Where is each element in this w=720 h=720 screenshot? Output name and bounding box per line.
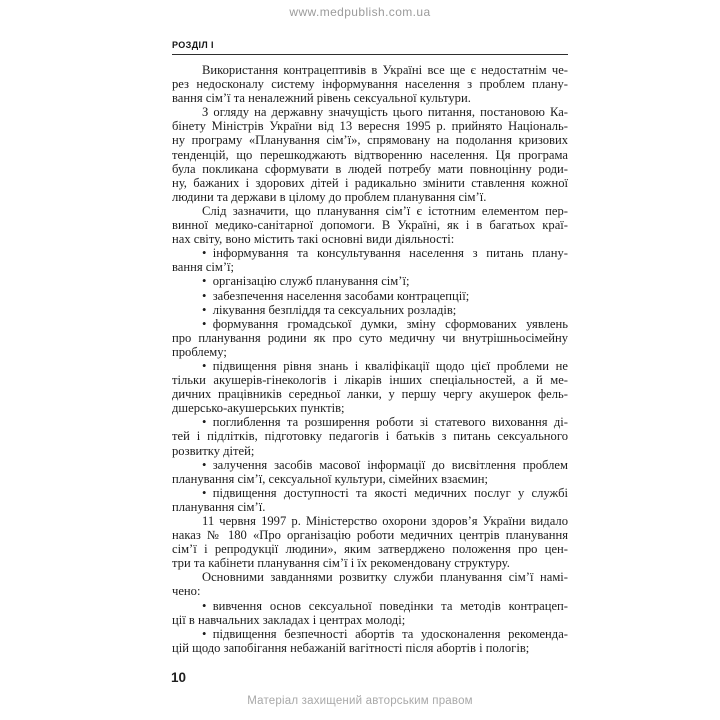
text-line: 11 червня 1997 р. Міністерство охорони з… [172, 514, 568, 528]
text-line: про планування родини як про суто медичн… [172, 331, 568, 345]
text-line: З огляду на державну значущість цього пи… [172, 105, 568, 119]
text-line: чено: [172, 584, 568, 598]
text-line: рез недосконалу систему інформування нас… [172, 77, 568, 91]
text-line: ну програму «Планування сім’ї», спрямова… [172, 133, 568, 147]
text-line: цій щодо запобігання небажаній вагітност… [172, 641, 568, 655]
text-line: • інформування та консультування населен… [172, 246, 568, 260]
body-text: Використання контрацептивів в Україні вс… [172, 63, 568, 655]
text-line: • підвищення безпечності абортів та удос… [172, 627, 568, 641]
chapter-header: РОЗДІЛ І [172, 41, 568, 55]
text-line: • організацію служб планування сім’ї; [172, 274, 568, 288]
book-page: { "header": { "site_url": "www.medpublis… [0, 0, 720, 720]
chapter-label: РОЗДІЛ І [172, 40, 214, 50]
text-line: ції в навчальних закладах і центрах моло… [172, 613, 568, 627]
text-line: • лікування безпліддя та сексуальних роз… [172, 303, 568, 317]
copyright-notice: Матеріал захищений авторським правом [0, 695, 720, 707]
text-line: була покликана сформувати в людей потреб… [172, 162, 568, 176]
text-line: наказ № 180 «Про організацію роботи меди… [172, 528, 568, 542]
text-line: • залучення засобів масової інформації д… [172, 458, 568, 472]
text-line: • забезпечення населення засобами контра… [172, 289, 568, 303]
text-line: Слід зазначити, що планування сім’ї є іс… [172, 204, 568, 218]
text-line: • поглиблення та розширення роботи зі ст… [172, 415, 568, 429]
text-line: людини та держави в цілому до проблем пл… [172, 190, 568, 204]
text-line: вання сім’ї; [172, 260, 568, 274]
text-line: ну, бажаних і здорових дітей і радикальн… [172, 176, 568, 190]
text-line: Основними завданнями розвитку служби пла… [172, 570, 568, 584]
text-line: • формування громадської думки, зміну сф… [172, 317, 568, 331]
text-line: • вивчення основ сексуальної поведінки т… [172, 599, 568, 613]
text-line: дичних працівників середньої ланки, у пе… [172, 387, 568, 401]
text-line: винної медико-санітарної допомоги. В Укр… [172, 218, 568, 232]
text-line: тільки акушерів-гінекологів і лікарів ін… [172, 373, 568, 387]
text-line: розвитку дітей; [172, 444, 568, 458]
text-line: бінету Міністрів України від 13 вересня … [172, 119, 568, 133]
text-line: планування сім’ї, сексуальної культури, … [172, 472, 568, 486]
text-line: нах світу, воно містить такі основні вид… [172, 232, 568, 246]
text-line: • підвищення рівня знань і кваліфікації … [172, 359, 568, 373]
text-line: планування сім’ї. [172, 500, 568, 514]
text-line: сім’ї і репродукції людини», яким затвер… [172, 542, 568, 556]
text-line: тей і підлітків, підготовку педагогів і … [172, 429, 568, 443]
text-line: Використання контрацептивів в Україні вс… [172, 63, 568, 77]
text-line: три та кабінети планування сім’ї і їх ре… [172, 556, 568, 570]
page-number: 10 [171, 670, 186, 685]
text-line: проблему; [172, 345, 568, 359]
text-line: тенденцій, що перешкоджають відтворенню … [172, 148, 568, 162]
site-url-text: www.medpublish.com.ua [0, 5, 720, 19]
text-line: дшерсько-акушерських пунктів; [172, 401, 568, 415]
text-line: вання сім’ї та неналежний рівень сексуал… [172, 91, 568, 105]
text-line: • підвищення доступності та якості медич… [172, 486, 568, 500]
